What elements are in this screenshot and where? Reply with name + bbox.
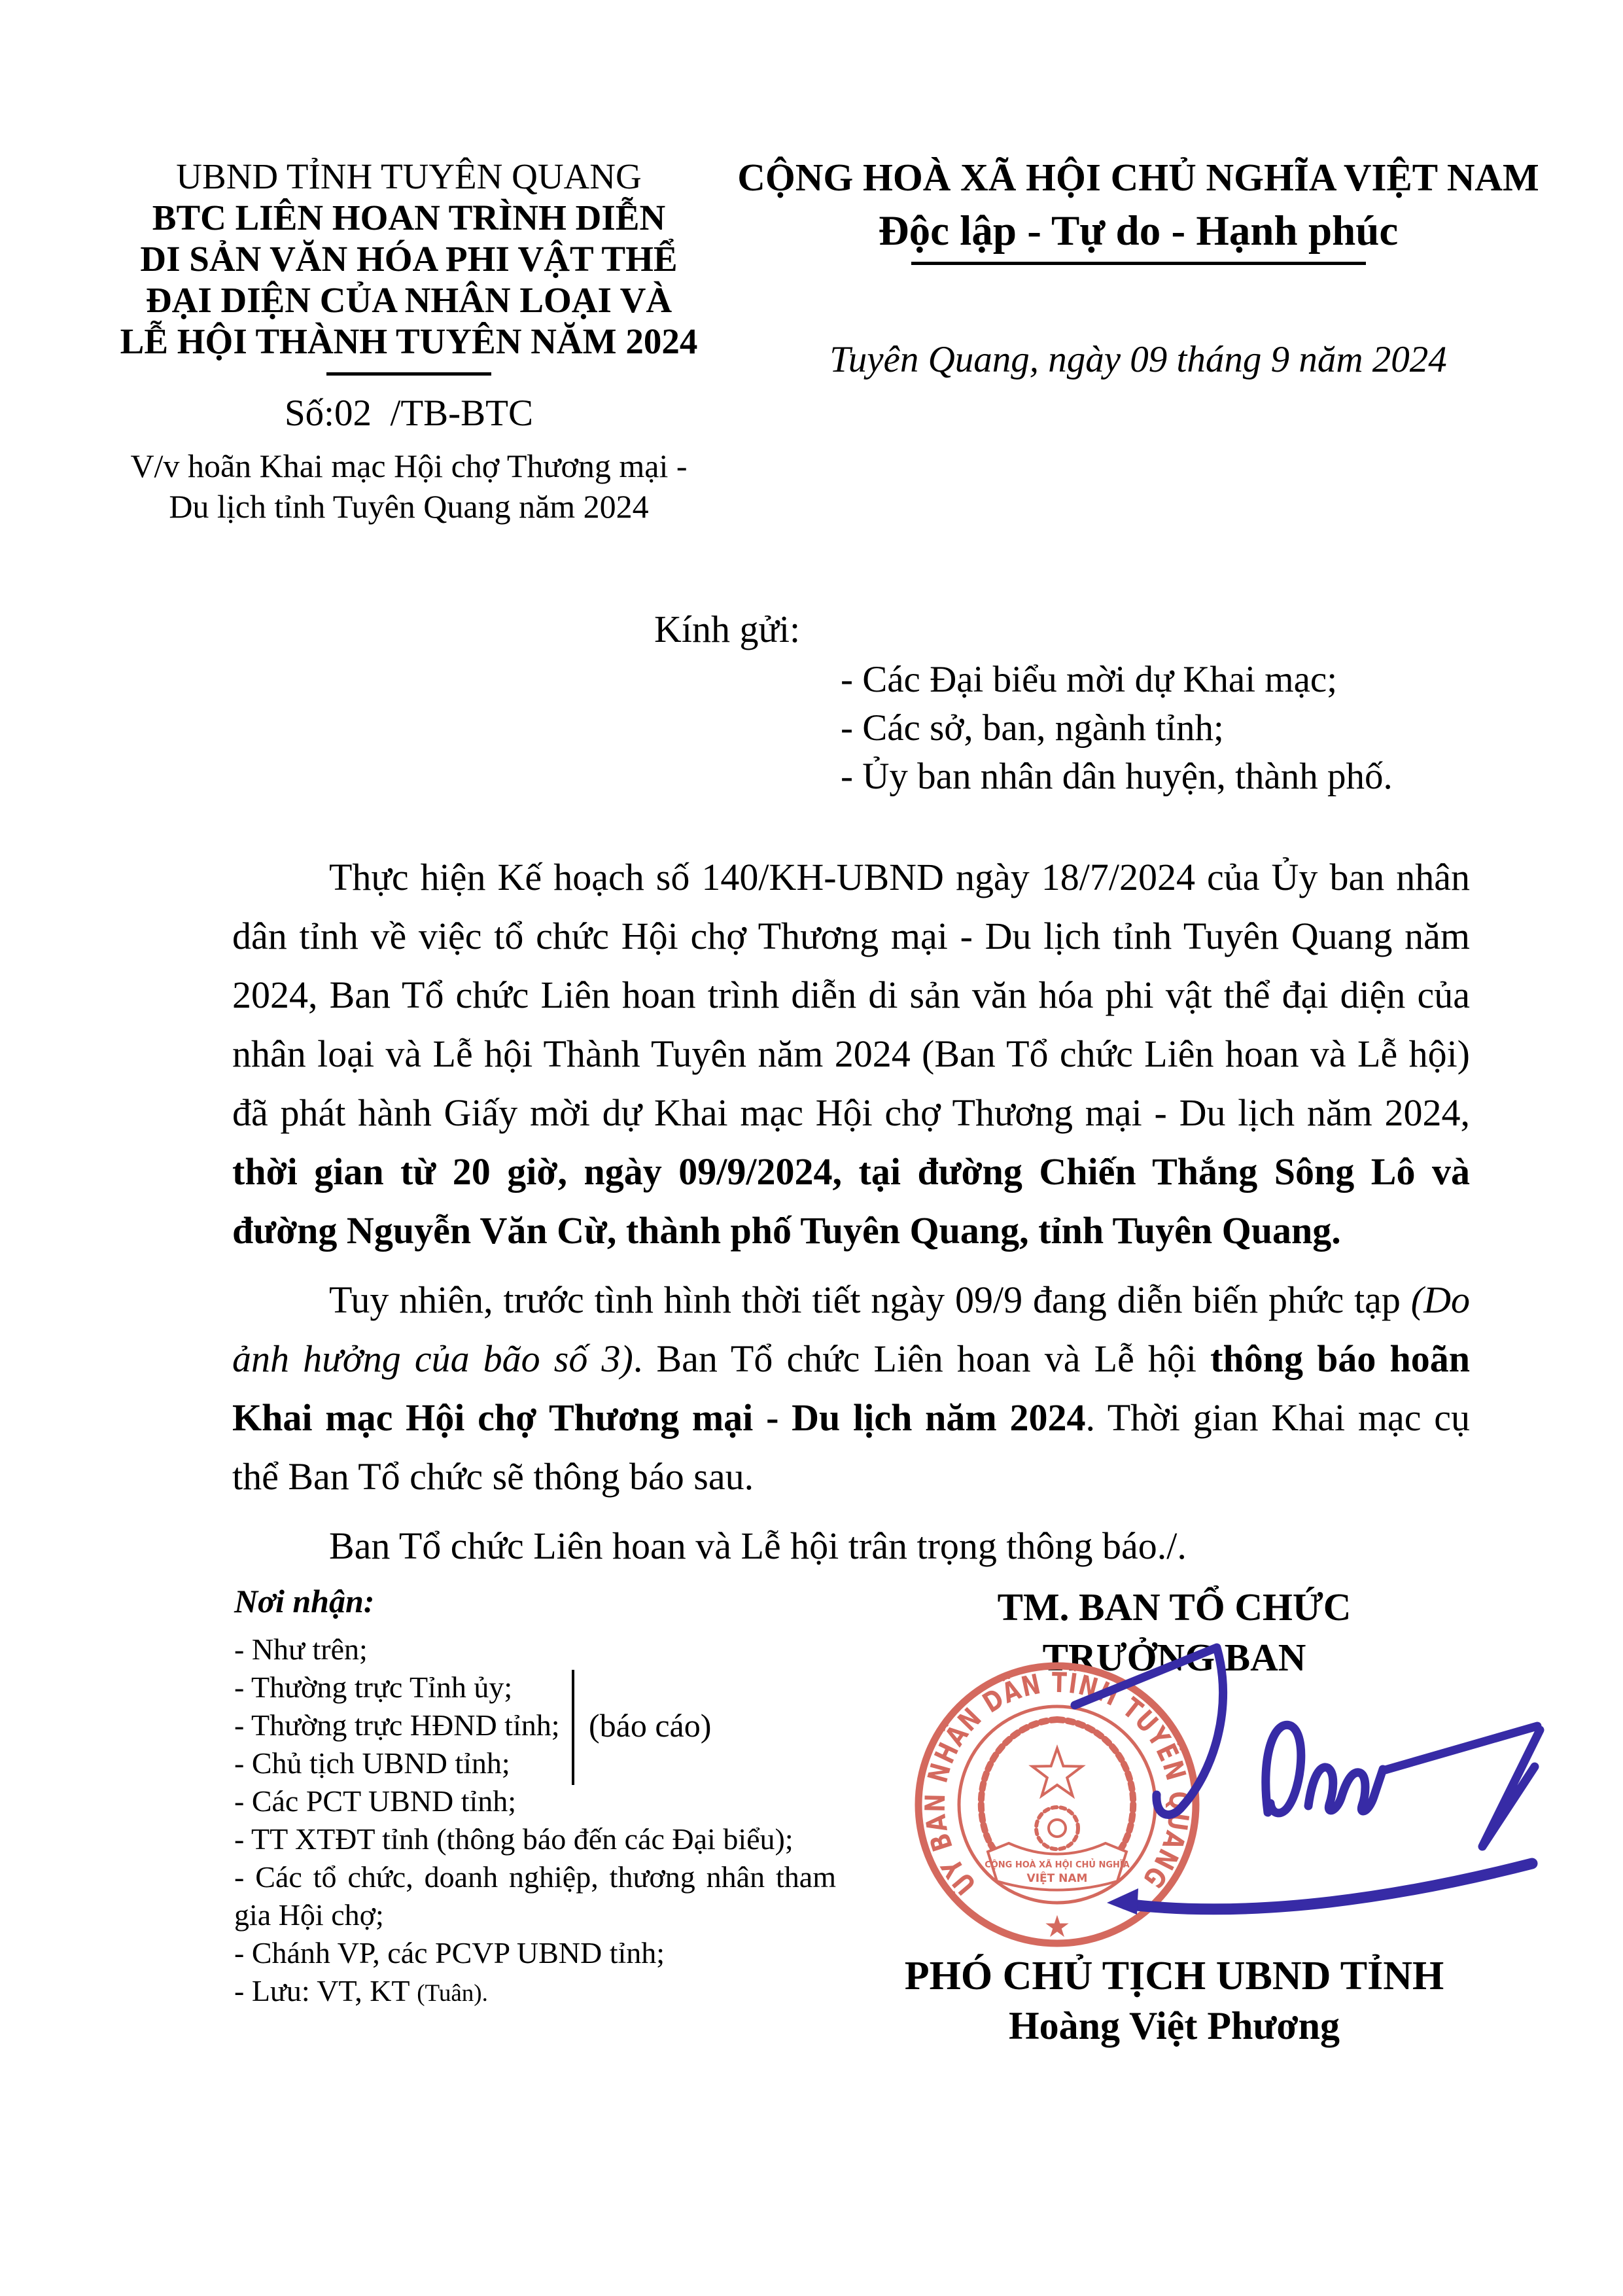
document-page: UBND TỈNH TUYÊN QUANG BTC LIÊN HOAN TRÌN… xyxy=(0,0,1623,2296)
distribution-item: - Như trên; xyxy=(234,1631,836,1669)
signature-arrowhead xyxy=(1107,1888,1138,1915)
grouping-bracket-line xyxy=(572,1670,574,1785)
recipient-item: - Các sở, ban, ngành tỉnh; xyxy=(841,704,1393,752)
org-line-3: ĐẠI DIỆN CỦA NHÂN LOẠI VÀ xyxy=(98,279,720,321)
recipient-item: - Các Đại biểu mời dự Khai mạc; xyxy=(841,656,1393,704)
p1-bold-run: thời gian từ 20 giờ, ngày 09/9/2024, tại… xyxy=(232,1150,1470,1252)
signature-scribble xyxy=(1045,1595,1569,1935)
signature-stroke-main xyxy=(1075,1648,1383,1814)
p2-regular-run-2: . Ban Tổ chức Liên hoan và Lễ hội xyxy=(633,1337,1210,1380)
body-paragraph-2: Tuy nhiên, trước tình hình thời tiết ngà… xyxy=(232,1271,1470,1506)
parent-org-line: UBND TỈNH TUYÊN QUANG xyxy=(98,156,720,197)
document-body: Thực hiện Kế hoạch số 140/KH-UBND ngày 1… xyxy=(232,848,1470,1576)
subject-line-1: V/v hoãn Khai mạc Hội chợ Thương mại - xyxy=(98,446,720,486)
org-line-2: DI SẢN VĂN HÓA PHI VẬT THỂ xyxy=(98,238,720,279)
country-name: CỘNG HOÀ XÃ HỘI CHỦ NGHĨA VIỆT NAM xyxy=(716,156,1560,199)
signer-name: Hoàng Việt Phương xyxy=(913,2004,1436,2049)
distribution-item: - Các PCT UBND tỉnh; xyxy=(234,1782,836,1820)
document-number: Số:02 /TB-BTC xyxy=(98,393,720,434)
signature-stroke-flourish xyxy=(1383,1726,1540,1846)
place-dateline: Tuyên Quang, ngày 09 tháng 9 năm 2024 xyxy=(716,338,1560,381)
distribution-item: - TT XTĐT tỉnh (thông báo đến các Đại bi… xyxy=(234,1820,836,1858)
recipient-list: - Các Đại biểu mời dự Khai mạc; - Các sở… xyxy=(841,656,1393,801)
luu-initials: (Tuân). xyxy=(417,1980,488,2007)
salutation-label: Kính gửi: xyxy=(654,607,800,651)
signer-title: PHÓ CHỦ TỊCH UBND TỈNH xyxy=(899,1953,1449,2000)
p2-regular-run-1: Tuy nhiên, trước tình hình thời tiết ngà… xyxy=(329,1279,1411,1321)
distribution-item: - Thường trực Tỉnh ủy; xyxy=(234,1669,836,1706)
distribution-item: - Chủ tịch UBND tỉnh; xyxy=(234,1744,836,1782)
signature-underline xyxy=(1125,1863,1532,1909)
document-subject: V/v hoãn Khai mạc Hội chợ Thương mại - D… xyxy=(98,446,720,527)
motto-underline-rule xyxy=(911,262,1366,265)
national-header: CỘNG HOÀ XÃ HỘI CHỦ NGHĨA VIỆT NAM Độc l… xyxy=(716,156,1560,381)
org-divider-rule xyxy=(326,372,491,376)
bao-cao-note: (báo cáo) xyxy=(589,1706,711,1744)
distribution-item: - Các tổ chức, doanh nghiệp, thương nhân… xyxy=(234,1858,836,1934)
org-line-1: BTC LIÊN HOAN TRÌNH DIỄN xyxy=(98,197,720,238)
recipient-item: - Ủy ban nhân dân huyện, thành phố. xyxy=(841,752,1393,801)
distribution-items: - Như trên; - Thường trực Tỉnh ủy; - Thư… xyxy=(234,1631,836,2013)
p1-regular-run: Thực hiện Kế hoạch số 140/KH-UBND ngày 1… xyxy=(232,856,1470,1134)
issuing-org-header: UBND TỈNH TUYÊN QUANG BTC LIÊN HOAN TRÌN… xyxy=(98,156,720,527)
distribution-item-luu: - Lưu: VT, KT (Tuân). xyxy=(234,1972,836,2013)
distribution-item: - Thường trực HĐND tỉnh; xyxy=(234,1706,836,1744)
distribution-list: Nơi nhận: - Như trên; - Thường trực Tỉnh… xyxy=(234,1582,836,2013)
org-line-4: LỄ HỘI THÀNH TUYÊN NĂM 2024 xyxy=(98,321,720,362)
national-motto: Độc lập - Tự do - Hạnh phúc xyxy=(716,208,1560,254)
body-paragraph-1: Thực hiện Kế hoạch số 140/KH-UBND ngày 1… xyxy=(232,848,1470,1260)
luu-main: - Lưu: VT, KT xyxy=(234,1974,417,2007)
distribution-title: Nơi nhận: xyxy=(234,1582,836,1620)
subject-line-2: Du lịch tỉnh Tuyên Quang năm 2024 xyxy=(98,486,720,527)
distribution-item: - Chánh VP, các PCVP UBND tỉnh; xyxy=(234,1934,836,1972)
body-paragraph-3: Ban Tổ chức Liên hoan và Lễ hội trân trọ… xyxy=(232,1517,1470,1576)
